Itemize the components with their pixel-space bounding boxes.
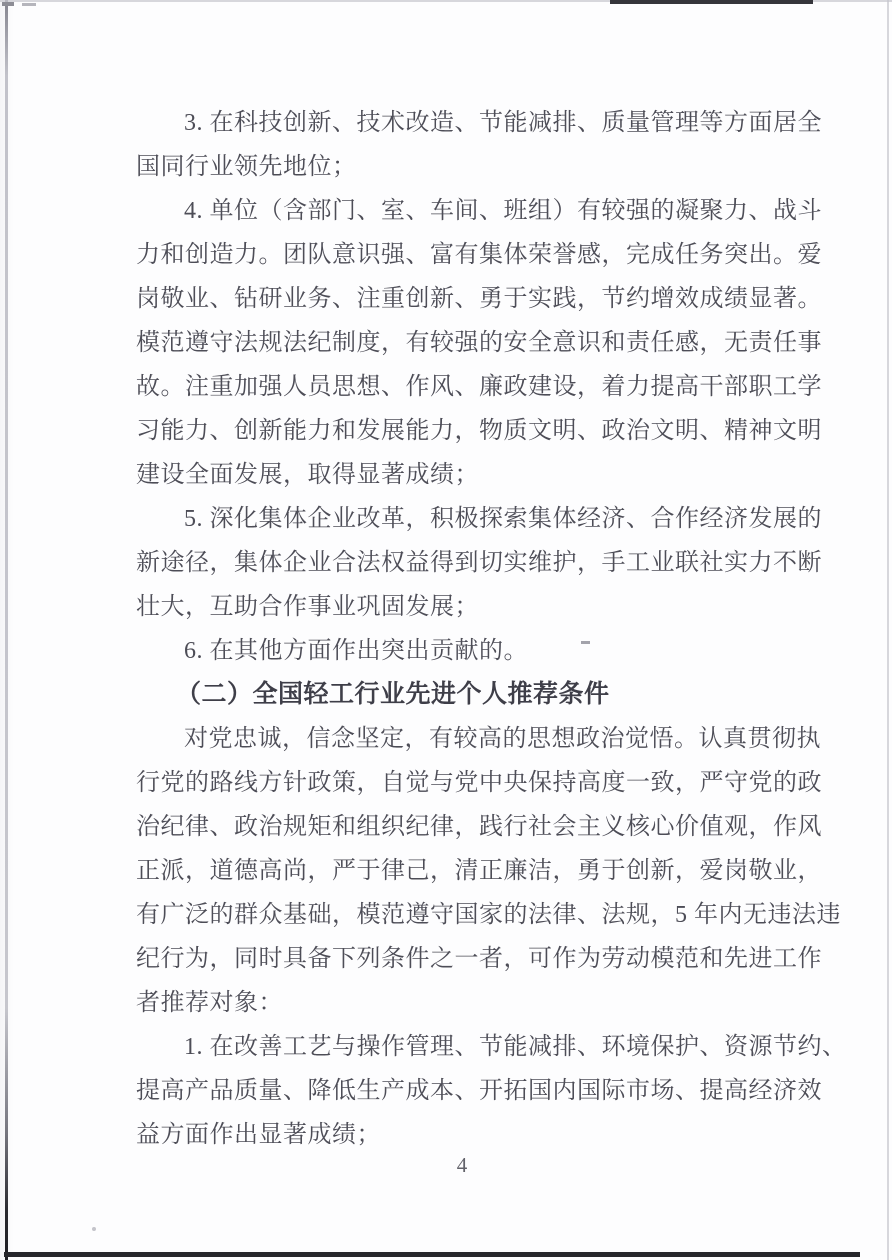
text-line: 模范遵守法规法纪制度，有较强的安全意识和责任感，无责任事 (136, 321, 814, 365)
page-number: 4 (440, 1150, 484, 1180)
text-line: 行党的路线方针政策，自觉与党中央保持高度一致，严守党的政 (136, 761, 814, 805)
scan-speck (22, 3, 36, 6)
text-line: 对党忠诚，信念坚定，有较高的思想政治觉悟。认真贯彻执 (136, 717, 814, 761)
section-heading: （二）全国轻工行业先进个人推荐条件 (136, 673, 814, 717)
scan-artifact-left-edge (5, 0, 8, 1260)
text-line: 治纪律、政治规矩和组织纪律，践行社会主义核心价值观，作风 (136, 805, 814, 849)
scan-artifact-right-edge (887, 0, 889, 1260)
text-line: 建设全面发展，取得显著成绩； (136, 453, 814, 497)
text-line: 故。注重加强人员思想、作风、廉政建设，着力提高干部职工学 (136, 365, 814, 409)
text-line: 习能力、创新能力和发展能力，物质文明、政治文明、精神文明 (136, 409, 814, 453)
text-line: 有广泛的群众基础，模范遵守国家的法律、法规，5 年内无违法违 (136, 893, 814, 937)
text-line: 5. 深化集体企业改革，积极探索集体经济、合作经济发展的 (136, 497, 814, 541)
text-line: 正派，道德高尚，严于律己，清正廉洁，勇于创新，爱岗敬业， (136, 849, 814, 893)
scanned-page: 3. 在科技创新、技术改造、节能减排、质量管理等方面居全 国同行业领先地位； 4… (0, 0, 892, 1260)
scan-artifact-bottom-dark-bar (4, 1252, 860, 1257)
document-text-block: 3. 在科技创新、技术改造、节能减排、质量管理等方面居全 国同行业领先地位； 4… (136, 101, 814, 1157)
text-line: 3. 在科技创新、技术改造、节能减排、质量管理等方面居全 (136, 101, 814, 145)
text-line: 纪行为，同时具备下列条件之一者，可作为劳动模范和先进工作 (136, 937, 814, 981)
text-line: 新途径，集体企业合法权益得到切实维护，手工业联社实力不断 (136, 541, 814, 585)
text-line: 者推荐对象： (136, 981, 814, 1025)
scan-speck (92, 1227, 96, 1231)
text-line: 岗敬业、钻研业务、注重创新、勇于实践，节约增效成绩显著。 (136, 277, 814, 321)
text-line: 壮大，互助合作事业巩固发展； (136, 585, 814, 629)
text-line: 1. 在改善工艺与操作管理、节能减排、环境保护、资源节约、 (136, 1025, 814, 1069)
text-line: 4. 单位（含部门、室、车间、班组）有较强的凝聚力、战斗 (136, 189, 814, 233)
text-line: 6. 在其他方面作出突出贡献的。 (136, 629, 814, 673)
scan-artifact-top-dark-bar (610, 0, 813, 4)
text-line: 国同行业领先地位； (136, 145, 814, 189)
text-line: 提高产品质量、降低生产成本、开拓国内国际市场、提高经济效 (136, 1069, 814, 1113)
text-line: 力和创造力。团队意识强、富有集体荣誉感，完成任务突出。爱 (136, 233, 814, 277)
scan-speck (2, 2, 14, 6)
